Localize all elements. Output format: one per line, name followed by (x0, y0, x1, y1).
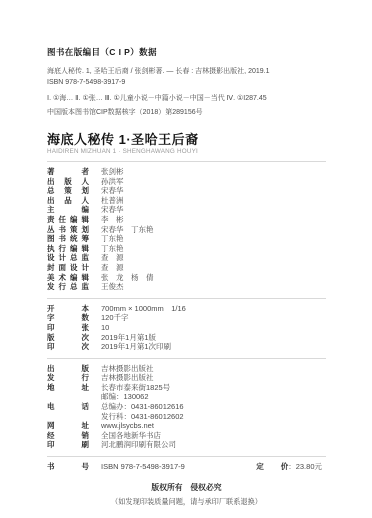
cip-registration-line: 中国版本图书馆CIP数据核字（2018）第289156号 (47, 107, 326, 118)
spec-row: 开本700mm × 1000mm 1/16 (47, 304, 326, 314)
divider (47, 456, 326, 457)
publication-row: 印刷河北鹏润印刷有限公司 (47, 440, 326, 450)
publication-label: 地址 (47, 383, 89, 393)
divider (47, 161, 326, 162)
spec-row: 印次2019年1月第1次印刷 (47, 342, 326, 352)
publication-value: 发行科：0431-86012602 (101, 412, 184, 422)
spec-label: 印张 (47, 323, 89, 333)
credit-value: 查 源 (101, 253, 124, 263)
publication-value: 邮编：130062 (101, 392, 149, 402)
page-content: 图书在版编目（C I P）数据 海底人秘传. 1, 圣哈王后裔 / 张剑彬著. … (47, 46, 326, 508)
isbn-value: ISBN 978-7-5498-3917-9 (101, 462, 185, 472)
publication-label: 电话 (47, 402, 89, 412)
credit-value: 宋春华 (101, 186, 124, 196)
spec-value: 120千字 (101, 313, 129, 323)
copyright-page: 图书在版编目（C I P）数据 海底人秘传. 1, 圣哈王后裔 / 张剑彬著. … (0, 0, 372, 518)
credit-value: 丁东艳 (101, 234, 124, 244)
credit-label: 责任编辑 (47, 215, 89, 225)
book-title-pinyin: HAIDIREN MIZHUAN 1 · SHENGHAWANG HOUYI (47, 148, 326, 155)
isbn-price-row: 书号ISBN 978-7-5498-3917-9 定价：23.80元 (47, 462, 326, 472)
spec-value: 700mm × 1000mm 1/16 (101, 304, 186, 314)
publication-list: 出版吉林摄影出版社 发行吉林摄影出版社 地址长春市泰来街1825号 邮编：130… (47, 364, 326, 450)
spec-row: 字数120千字 (47, 313, 326, 323)
spec-label: 开本 (47, 304, 89, 314)
spec-label: 印次 (47, 342, 89, 352)
publication-value: 吉林摄影出版社 (101, 364, 154, 374)
publication-label: 出版 (47, 364, 89, 374)
credit-label: 著者 (47, 167, 89, 177)
cip-classification-line: Ⅰ. ①海… Ⅱ. ①张… Ⅲ. ①儿童小说－中篇小说－中国－当代 Ⅳ. ①I2… (47, 93, 326, 104)
quality-notice: （如发现印装质量问题，请与承印厂联系退换） (47, 495, 326, 508)
credit-row: 图书统筹丁东艳 (47, 234, 326, 244)
credit-row: 发行总监王俊杰 (47, 282, 326, 292)
publication-row: 出版吉林摄影出版社 (47, 364, 326, 374)
credit-value: 李 彬 (101, 215, 124, 225)
credit-value: 宋春华 (101, 205, 124, 215)
publication-label (47, 412, 89, 422)
spec-value: 10 (101, 323, 109, 333)
publication-row: 发行吉林摄影出版社 (47, 373, 326, 383)
credit-label: 美术编辑 (47, 273, 89, 283)
specs-list: 开本700mm × 1000mm 1/16 字数120千字 印张10 版次201… (47, 304, 326, 352)
credit-value: 王俊杰 (101, 282, 124, 292)
price-value: ：23.80元 (288, 462, 322, 472)
spec-row: 版次2019年1月第1版 (47, 333, 326, 343)
credit-label: 封面设计 (47, 263, 89, 273)
divider (47, 358, 326, 359)
cip-heading: 图书在版编目（C I P）数据 (47, 46, 326, 58)
publication-row: 经销全国各地新华书店 (47, 431, 326, 441)
publication-value: 吉林摄影出版社 (101, 373, 154, 383)
credit-row: 责任编辑李 彬 (47, 215, 326, 225)
credit-value: 孙洪军 (101, 177, 124, 187)
credit-row: 美术编辑张 龙 杨 倩 (47, 273, 326, 283)
credit-value: 张剑彬 (101, 167, 124, 177)
credit-row: 主编宋春华 (47, 205, 326, 215)
credit-row: 著者张剑彬 (47, 167, 326, 177)
credit-label: 出版人 (47, 177, 89, 187)
publication-row: 电话总编办：0431-86012616 (47, 402, 326, 412)
credit-value: 丁东艳 (101, 244, 124, 254)
book-title: 海底人秘传 1·圣哈王后裔 (47, 132, 326, 147)
credits-list: 著者张剑彬 出版人孙洪军 总策划宋春华 出品人杜普洲 主编宋春华 责任编辑李 彬… (47, 167, 326, 292)
publication-row: 地址长春市泰来街1825号 (47, 383, 326, 393)
credit-label: 执行编辑 (47, 244, 89, 254)
credit-label: 丛书策划 (47, 225, 89, 235)
credit-value: 张 龙 杨 倩 (101, 273, 154, 283)
publication-value: 总编办：0431-86012616 (101, 402, 184, 412)
credit-row: 执行编辑丁东艳 (47, 244, 326, 254)
credit-row: 出品人杜普洲 (47, 196, 326, 206)
spec-value: 2019年1月第1次印刷 (101, 342, 171, 352)
publication-row: 发行科：0431-86012602 (47, 412, 326, 422)
isbn-label: 书号 (47, 462, 89, 472)
isbn-group: 书号ISBN 978-7-5498-3917-9 (47, 462, 185, 472)
publication-label: 印刷 (47, 440, 89, 450)
cip-isbn-line: ISBN 978-7-5498-3917-9 (47, 77, 326, 88)
publication-label: 发行 (47, 373, 89, 383)
publication-value: 河北鹏润印刷有限公司 (101, 440, 176, 450)
copyright-notice: 版权所有 侵权必究 (47, 481, 326, 495)
divider (47, 298, 326, 299)
credit-row: 设计总监查 源 (47, 253, 326, 263)
credit-label: 发行总监 (47, 282, 89, 292)
credit-row: 总策划宋春华 (47, 186, 326, 196)
publication-label (47, 392, 89, 402)
copyright-footer: 版权所有 侵权必究 （如发现印装质量问题，请与承印厂联系退换） (47, 481, 326, 508)
spec-label: 版次 (47, 333, 89, 343)
credit-label: 主编 (47, 205, 89, 215)
price-group: 定价：23.80元 (256, 462, 322, 472)
publication-label: 网址 (47, 421, 89, 431)
spec-row: 印张10 (47, 323, 326, 333)
credit-label: 总策划 (47, 186, 89, 196)
credit-value: 查 源 (101, 263, 124, 273)
publication-row: 邮编：130062 (47, 392, 326, 402)
credit-row: 丛书策划宋春华 丁东艳 (47, 225, 326, 235)
credit-value: 杜普洲 (101, 196, 124, 206)
spec-label: 字数 (47, 313, 89, 323)
spec-value: 2019年1月第1版 (101, 333, 156, 343)
cip-block: 海底人秘传. 1, 圣哈王后裔 / 张剑彬著. — 长春 : 吉林摄影出版社, … (47, 66, 326, 118)
credit-label: 出品人 (47, 196, 89, 206)
credit-row: 封面设计查 源 (47, 263, 326, 273)
publication-label: 经销 (47, 431, 89, 441)
credit-label: 设计总监 (47, 253, 89, 263)
publication-value: 全国各地新华书店 (101, 431, 161, 441)
credit-row: 出版人孙洪军 (47, 177, 326, 187)
cip-description-line: 海底人秘传. 1, 圣哈王后裔 / 张剑彬著. — 长春 : 吉林摄影出版社, … (47, 66, 326, 77)
credit-label: 图书统筹 (47, 234, 89, 244)
publication-row: 网址www.jlsycbs.net (47, 421, 326, 431)
credit-value: 宋春华 丁东艳 (101, 225, 154, 235)
publication-value: www.jlsycbs.net (101, 421, 154, 431)
price-label: 定价 (256, 462, 288, 472)
